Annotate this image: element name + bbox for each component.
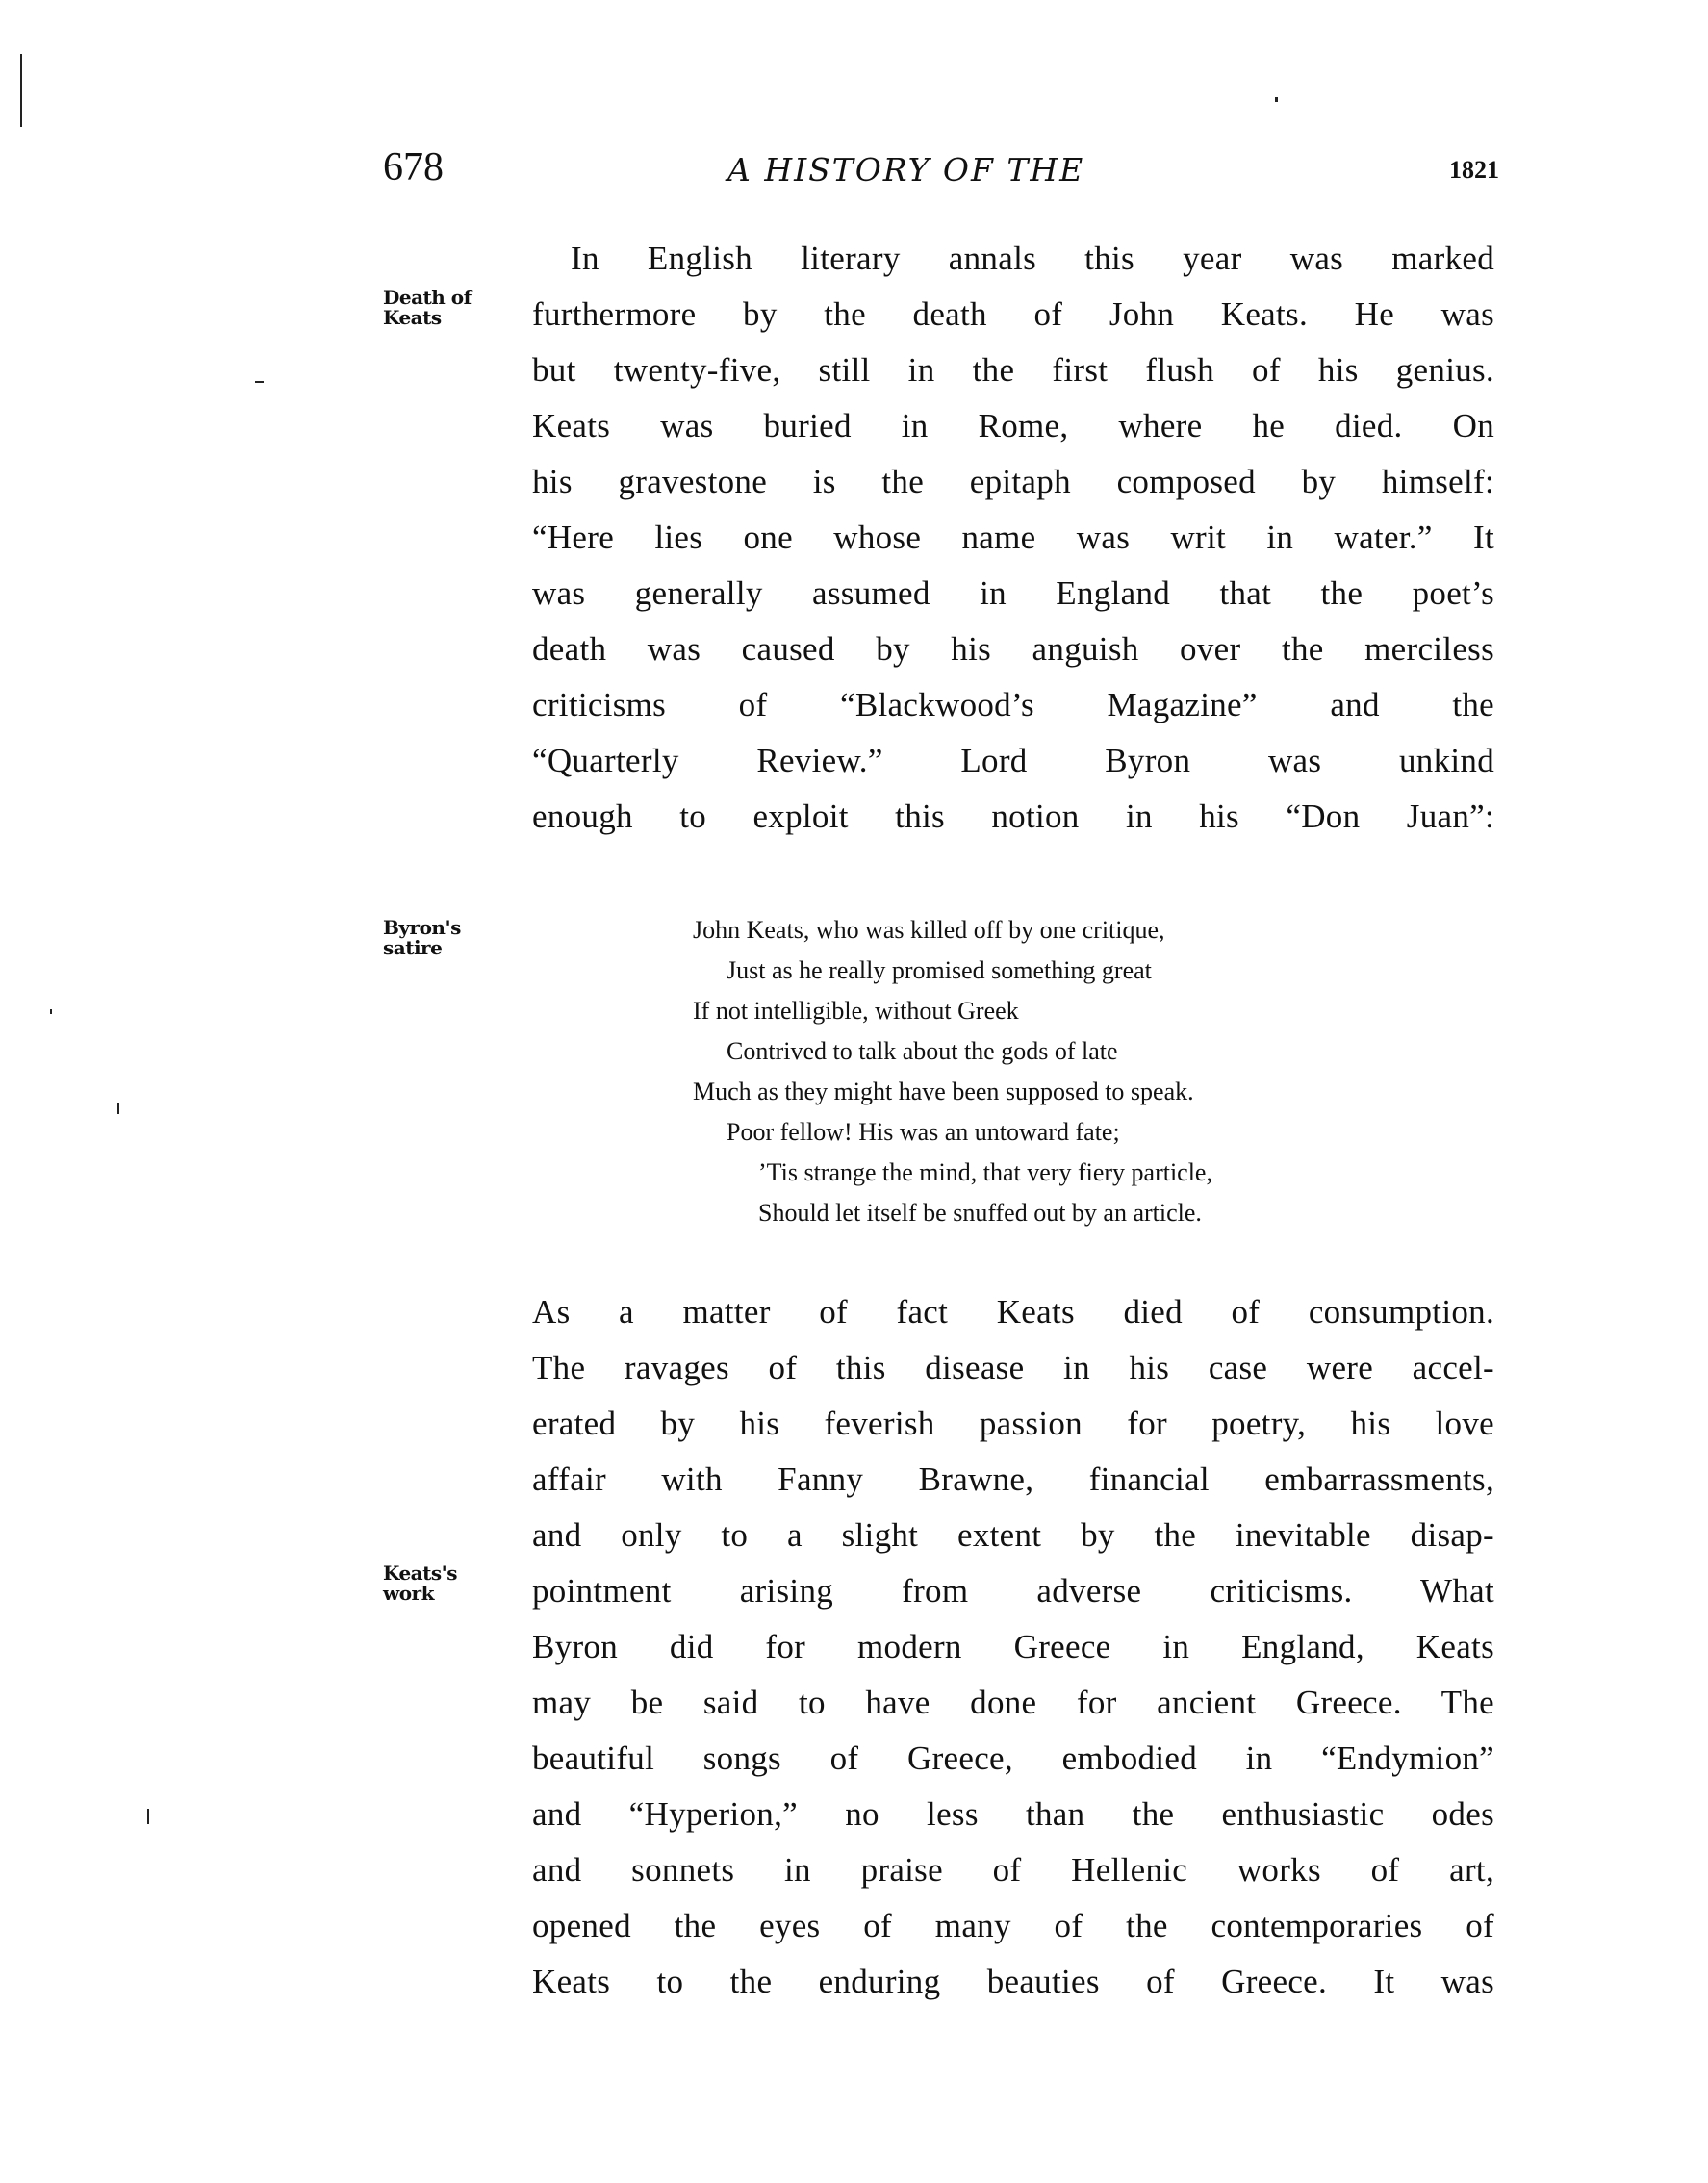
- sidenote-line: Keats: [383, 308, 472, 328]
- text-line: In English literary annals this year was…: [532, 231, 1494, 287]
- scan-artifact-tick: [50, 1009, 52, 1014]
- poem-line: Should let itself be snuffed out by an a…: [693, 1193, 1212, 1233]
- poem-line: If not intelligible, without Greek: [693, 991, 1212, 1031]
- text-line: “Here lies one whose name was writ in wa…: [532, 510, 1494, 566]
- sidenote-byrons-satire: Byron's satire: [383, 918, 461, 958]
- year-marker: 1821: [1449, 154, 1499, 187]
- sidenote-line: satire: [383, 938, 461, 958]
- text-line: As a matter of fact Keats died of consum…: [532, 1284, 1494, 1340]
- running-head: A HISTORY OF THE: [727, 149, 1084, 191]
- poem-line: Contrived to talk about the gods of late: [693, 1031, 1212, 1072]
- sidenote-death-of-keats: Death of Keats: [383, 288, 472, 328]
- scan-artifact-dot: [1275, 97, 1278, 102]
- sidenote-line: Byron's: [383, 918, 461, 938]
- text-line: may be said to have done for ancient Gre…: [532, 1675, 1494, 1731]
- poem-line: ’Tis strange the mind, that very fiery p…: [693, 1153, 1212, 1193]
- text-line: criticisms of “Blackwood’s Magazine” and…: [532, 677, 1494, 733]
- sidenote-line: Keats's: [383, 1563, 457, 1584]
- poem-line: Just as he really promised something gre…: [693, 951, 1212, 991]
- text-line: and sonnets in praise of Hellenic works …: [532, 1842, 1494, 1898]
- text-line: Keats was buried in Rome, where he died.…: [532, 398, 1494, 454]
- poem-line: Poor fellow! His was an untoward fate;: [693, 1112, 1212, 1153]
- sidenote-keats-work: Keats's work: [383, 1563, 457, 1604]
- scan-artifact-dash: [255, 381, 264, 383]
- sidenote-line: work: [383, 1584, 457, 1604]
- text-line: opened the eyes of many of the contempor…: [532, 1898, 1494, 1954]
- text-line: erated by his feverish passion for poetr…: [532, 1396, 1494, 1452]
- text-line: enough to exploit this notion in his “Do…: [532, 789, 1494, 845]
- text-line: death was caused by his anguish over the…: [532, 622, 1494, 677]
- text-line: his gravestone is the epitaph composed b…: [532, 454, 1494, 510]
- paragraph-keats-work: As a matter of fact Keats died of consum…: [532, 1284, 1494, 2010]
- text-line: The ravages of this disease in his case …: [532, 1340, 1494, 1396]
- text-line: Byron did for modern Greece in England, …: [532, 1619, 1494, 1675]
- text-line: and “Hyperion,” no less than the enthusi…: [532, 1787, 1494, 1842]
- text-line: beautiful songs of Greece, embodied in “…: [532, 1731, 1494, 1787]
- scan-artifact-paren: [147, 1809, 149, 1824]
- scan-artifact-tick: [117, 1103, 119, 1114]
- text-line: was generally assumed in England that th…: [532, 566, 1494, 622]
- text-line: and only to a slight extent by the inevi…: [532, 1508, 1494, 1563]
- text-line: but twenty-five, still in the first flus…: [532, 343, 1494, 398]
- text-line: affair with Fanny Brawne, financial emba…: [532, 1452, 1494, 1508]
- text-line: Keats to the enduring beauties of Greece…: [532, 1954, 1494, 2010]
- paragraph-death-of-keats: In English literary annals this year was…: [532, 231, 1494, 845]
- text-line: “Quarterly Review.” Lord Byron was unkin…: [532, 733, 1494, 789]
- poem-line: John Keats, who was killed off by one cr…: [693, 910, 1212, 951]
- scan-artifact-vertical-line: [20, 54, 22, 127]
- page-number: 678: [383, 144, 444, 190]
- sidenote-line: Death of: [383, 288, 472, 308]
- poem-quotation-don-juan: John Keats, who was killed off by one cr…: [693, 910, 1212, 1233]
- text-line: pointment arising from adverse criticism…: [532, 1563, 1494, 1619]
- poem-line: Much as they might have been supposed to…: [693, 1072, 1212, 1112]
- text-line: furthermore by the death of John Keats. …: [532, 287, 1494, 343]
